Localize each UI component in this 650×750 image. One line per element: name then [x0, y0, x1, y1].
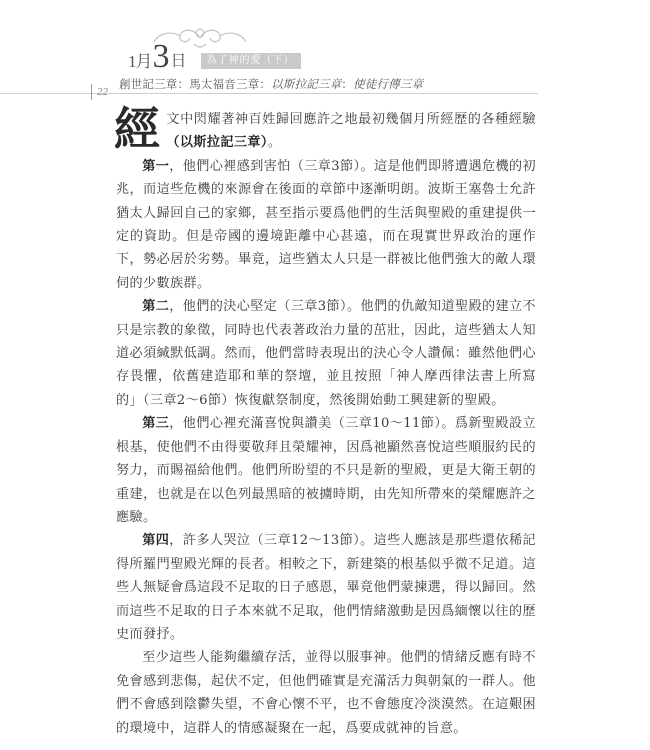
article-body: 經文中閃耀著神百姓歸回應許之地最初幾個月所經歷的各種經驗（以斯拉記三章）。 第一… [116, 108, 536, 740]
page-number: 22 [97, 86, 108, 98]
paragraph-third: 第三，他們心裡充滿喜悅與讚美（三章10～11節）。爲新聖殿設立根基，使他們不由得… [116, 412, 536, 529]
paragraph-fourth: 第四，許多人哭泣（三章12～13節）。這些人應該是那些還依稀記得所羅門聖殿光輝的… [116, 529, 536, 646]
intro-text: 文中閃耀著神百姓歸回應許之地最初幾個月所經歷的各種經驗 [166, 112, 536, 127]
paragraph-lead: 第二 [142, 299, 169, 314]
date-day: 3 [153, 42, 170, 72]
date-month: 1月 [128, 52, 152, 72]
drop-cap: 經 [114, 106, 160, 152]
scripture-readings: 創世記三章：馬太福音三章：以斯拉記三章：使徒行傳三章 [119, 76, 423, 92]
paragraph-text: ，他們心裡感到害怕（三章3節）。這是他們即將遭遇危機的初兆，而這些危機的來源會在… [116, 159, 536, 291]
paragraph-lead: 第一 [142, 159, 169, 174]
paragraph-lead: 第三 [142, 416, 169, 431]
reading-genesis: 創世記三章 [119, 77, 178, 91]
reading-ezra: 以斯拉記三章 [271, 77, 341, 91]
paragraph-text: 至少這些人能夠繼續存活，並得以服事神。他們的情緒反應有時不免會感到悲傷，起伏不定… [116, 650, 536, 735]
paragraph-conclusion: 至少這些人能夠繼續存活，並得以服事神。他們的情緒反應有時不免會感到悲傷，起伏不定… [116, 646, 536, 740]
page-number-bar [91, 84, 92, 100]
paragraph-text: ，許多人哭泣（三章12～13節）。這些人應該是那些還依稀記得所羅門聖殿光輝的長者… [116, 533, 536, 642]
paragraph-text: ，他們的決心堅定（三章3節）。他們的仇敵知道聖殿的建立不只是宗教的象徵，同時也代… [116, 299, 536, 408]
reading-matthew: 馬太福音三章 [189, 77, 259, 91]
devotional-title: 為了神的愛（下） [201, 53, 301, 69]
header-divider [0, 93, 538, 94]
reading-separator: ： [178, 77, 190, 91]
intro-paragraph: 經文中閃耀著神百姓歸回應許之地最初幾個月所經歷的各種經驗（以斯拉記三章）。 [116, 108, 536, 155]
intro-end: 。 [268, 135, 282, 150]
paragraph-lead: 第四 [142, 533, 169, 548]
paragraph-text: ，他們心裡充滿喜悅與讚美（三章10～11節）。爲新聖殿設立根基，使他們不由得要敬… [116, 416, 536, 525]
reading-acts: 使徒行傳三章 [353, 77, 423, 91]
reading-separator: ： [341, 77, 353, 91]
date-heading: 1月 3 日 為了神的愛（下） [128, 42, 301, 72]
reading-separator: ： [259, 77, 271, 91]
intro-reference: （以斯拉記三章） [166, 135, 267, 150]
paragraph-first: 第一，他們心裡感到害怕（三章3節）。這是他們即將遭遇危機的初兆，而這些危機的來源… [116, 155, 536, 295]
paragraph-second: 第二，他們的決心堅定（三章3節）。他們的仇敵知道聖殿的建立不只是宗教的象徵，同時… [116, 295, 536, 412]
date-suffix: 日 [171, 52, 187, 72]
